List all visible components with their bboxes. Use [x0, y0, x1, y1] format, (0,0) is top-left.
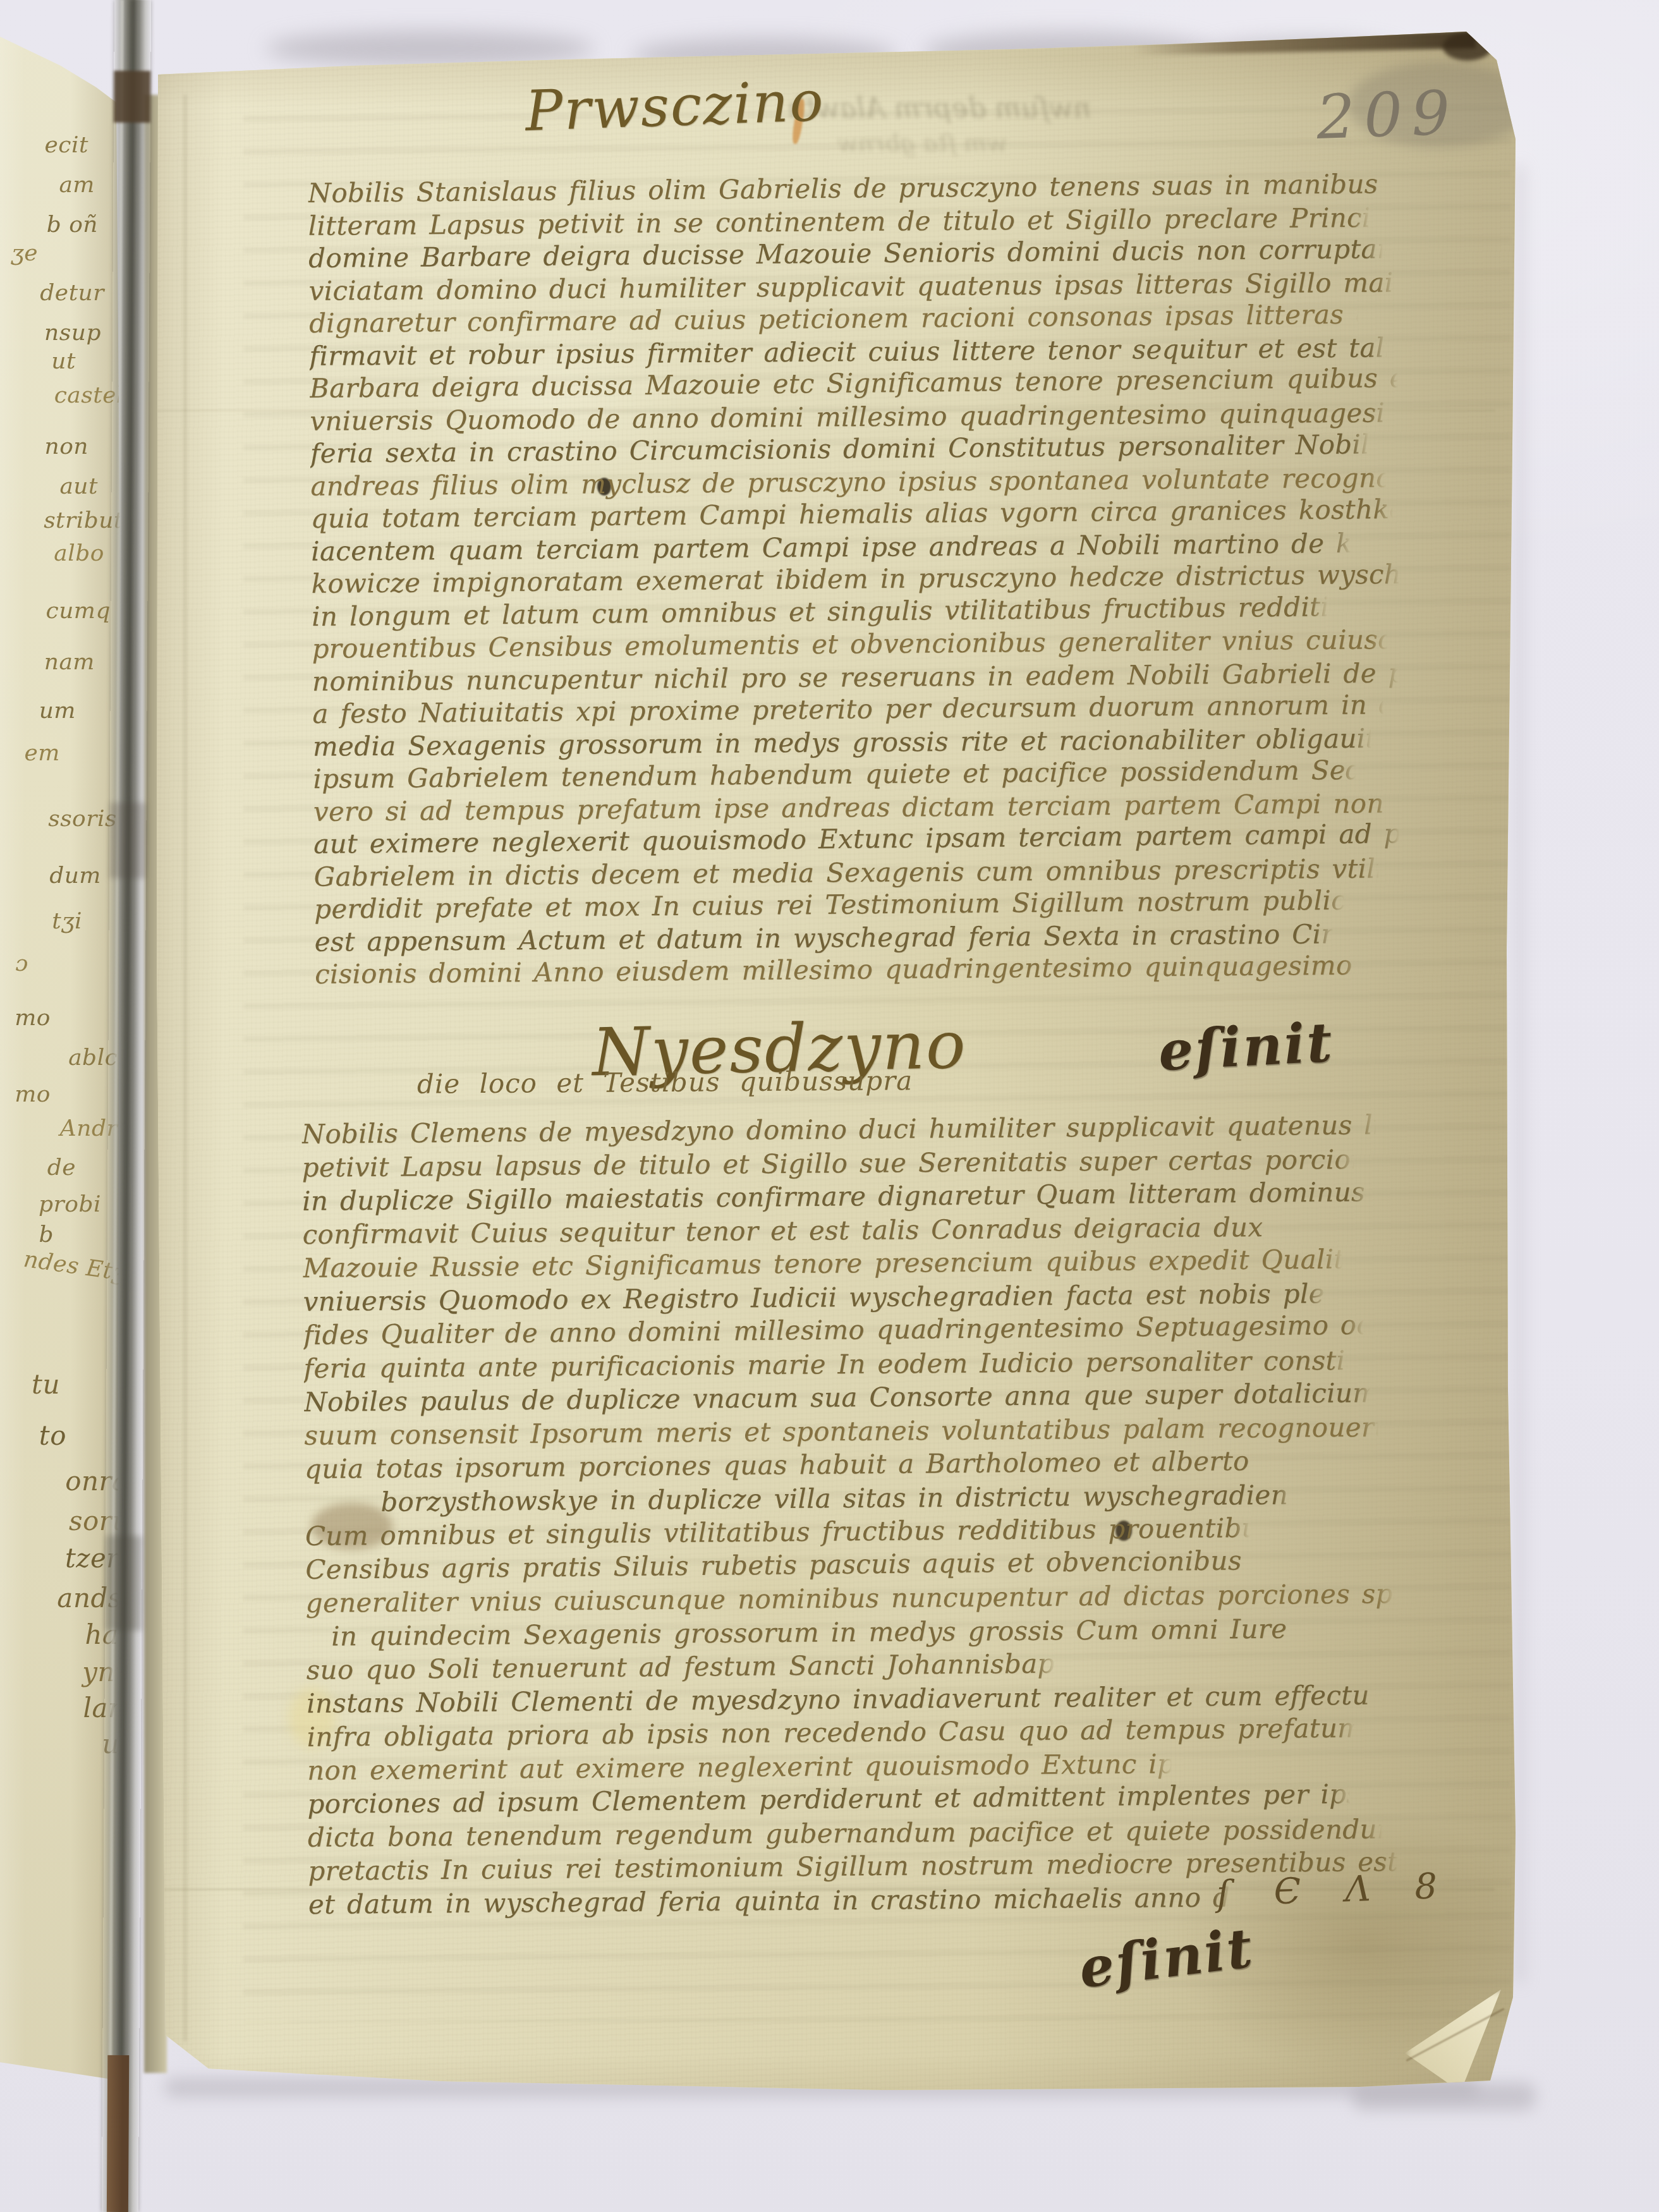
wood-stick	[107, 2055, 129, 2212]
facing-fragment: stribut	[0, 507, 123, 535]
rod-dark-segment	[105, 1536, 142, 1631]
text-line: in quindecim Sexagenis grossorum in medy…	[306, 1612, 1335, 1653]
photo-backdrop: ecitamb oñʒedeturnsuputcastellanonautstr…	[0, 0, 1659, 2212]
entry2-dateline: die loco et Testibus quibussupra	[417, 1065, 913, 1099]
facing-fragment: nam	[0, 648, 95, 676]
facing-fragment: ecit	[0, 131, 88, 159]
facing-fragment: ɔ	[0, 950, 28, 978]
facing-fragment: ssoris	[0, 805, 117, 833]
facing-fragment: ut	[0, 348, 76, 375]
facing-fragment: cumq	[0, 597, 111, 625]
facing-fragment: non	[0, 433, 88, 461]
facing-fragment: de	[0, 1154, 76, 1182]
facing-fragment: to	[0, 1422, 66, 1450]
folio-number: 209	[1315, 77, 1460, 153]
ink-showthrough-word: wm ſta gbrnw	[837, 129, 1007, 157]
facing-fragment: am	[0, 171, 95, 199]
facing-fragment: tʒi	[0, 908, 82, 935]
ink-showthrough-word: nwſum deprm Alawth	[787, 92, 1091, 125]
entry2-text: Nobilis Clemens de myesdzyno domino duci…	[301, 1108, 1408, 1921]
facing-fragment: um	[0, 697, 76, 725]
facing-fragment: em	[0, 739, 60, 767]
facing-fragment: probi	[0, 1191, 101, 1218]
entry1-heading: Prwsczino	[524, 68, 825, 143]
facing-fragment: ʒe	[0, 240, 38, 267]
facing-fragment: mo	[0, 1004, 51, 1032]
facing-fragment: detur	[0, 279, 104, 307]
facing-fragment: b oñ	[0, 211, 98, 239]
manuscript-page: nwſum deprm Alawth wm ſta gbrnw 209 Prws…	[130, 19, 1529, 2111]
desk-shadow-right	[1516, 164, 1524, 1984]
entry1-text: Nobilis Stanislaus filius olim Gabrielis…	[308, 167, 1414, 991]
rod-dark-segment	[114, 71, 150, 123]
facing-fragment: albo	[0, 540, 104, 568]
corner-stain	[1443, 33, 1492, 61]
text-line: suo quo Soli tenuerunt ad festum Sancti …	[306, 1647, 1055, 1687]
rod-dark-segment	[109, 803, 147, 878]
entry1-finit-mark: eſinit	[1157, 1011, 1335, 1083]
entry2-year-figures: ſ Є Λ 8	[1216, 1865, 1454, 1914]
facing-fragment: dum	[0, 862, 101, 890]
desk-shadow-bottom	[1352, 2082, 1536, 2110]
facing-fragment: nsup	[0, 319, 101, 347]
gutter-crease	[184, 95, 186, 2041]
facing-fragment: mo	[0, 1081, 51, 1109]
facing-fragment: aut	[0, 473, 98, 501]
facing-fragment: tu	[0, 1371, 60, 1399]
